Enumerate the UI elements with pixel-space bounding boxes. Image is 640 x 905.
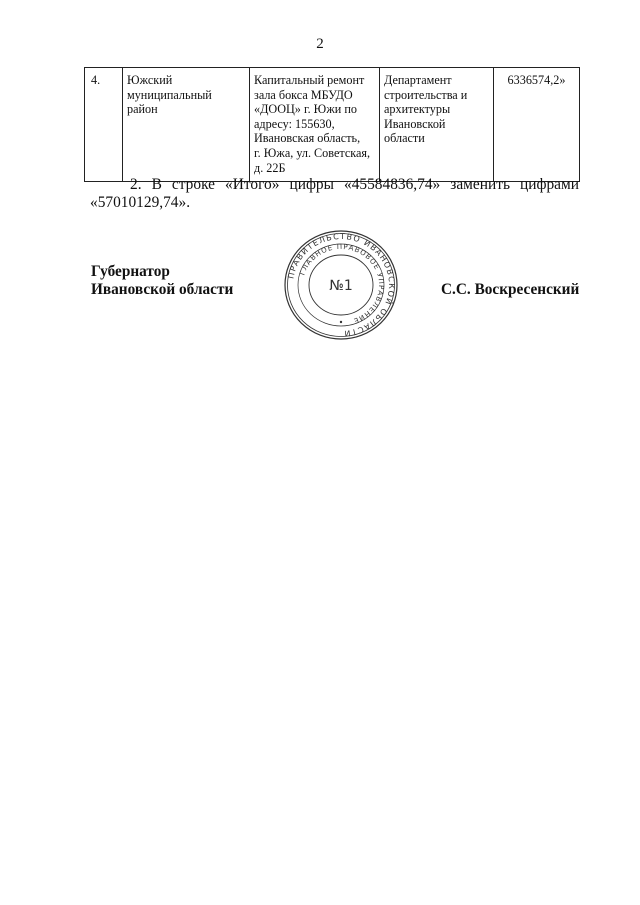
stamp-number: №1 bbox=[329, 278, 352, 294]
signatory-name: С.С. Воскресенский bbox=[441, 281, 579, 299]
cell-number: 4. bbox=[85, 68, 123, 182]
department-line: Ивановской области bbox=[384, 117, 489, 146]
object-line: д. 22Б bbox=[254, 161, 375, 176]
position-line: Губернатор bbox=[91, 263, 233, 281]
object-line: адресу: 155630, bbox=[254, 117, 375, 132]
paragraph-text: 2. В строке «Итого» цифры «45584836,74» … bbox=[90, 176, 579, 211]
cell-object: Капитальный ремонт зала бокса МБУДО «ДОО… bbox=[250, 68, 380, 182]
amendment-table: 4. Южский муниципальный район Капитальны… bbox=[84, 67, 580, 182]
signatory-position: Губернатор Ивановской области bbox=[91, 263, 233, 299]
district-line: муниципальный район bbox=[127, 88, 245, 117]
page-number: 2 bbox=[0, 36, 640, 53]
department-line: архитектуры bbox=[384, 102, 489, 117]
district-line: Южский bbox=[127, 73, 245, 88]
amendment-paragraph: 2. В строке «Итого» цифры «45584836,74» … bbox=[90, 176, 579, 212]
department-line: строительства и bbox=[384, 88, 489, 103]
department-line: Департамент bbox=[384, 73, 489, 88]
cell-department: Департамент строительства и архитектуры … bbox=[380, 68, 494, 182]
table-row: 4. Южский муниципальный район Капитальны… bbox=[85, 68, 580, 182]
object-line: зала бокса МБУДО bbox=[254, 88, 375, 103]
cell-amount: 6336574,2» bbox=[494, 68, 580, 182]
official-seal-stamp: ПРАВИТЕЛЬСТВО ИВАНОВСКОЙ ОБЛАСТИ ГЛАВНОЕ… bbox=[283, 229, 399, 341]
object-line: г. Южа, ул. Советская, bbox=[254, 146, 375, 161]
object-line: Ивановская область, bbox=[254, 131, 375, 146]
position-line: Ивановской области bbox=[91, 281, 233, 299]
object-line: «ДООЦ» г. Южи по bbox=[254, 102, 375, 117]
object-line: Капитальный ремонт bbox=[254, 73, 375, 88]
cell-district: Южский муниципальный район bbox=[123, 68, 250, 182]
